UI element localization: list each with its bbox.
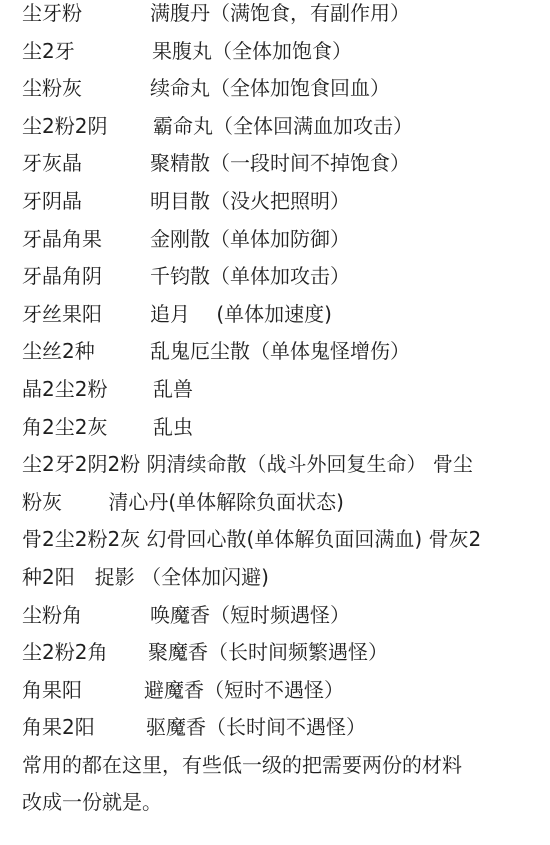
- recipe-line: 尘粉灰 续命丸（全体加饱食回血）: [22, 70, 532, 108]
- recipe-ingredients: 角果2阳: [22, 709, 95, 747]
- recipe-ingredients: 角果阳: [22, 672, 82, 710]
- recipe-ingredients: 牙晶角果: [22, 221, 102, 259]
- incense-recipe-line: 尘粉角 唤魔香（短时频遇怪）: [22, 597, 532, 635]
- recipe-result: 满腹丹（满饱食，有副作用）: [150, 0, 410, 33]
- incense-recipe-line: 角果阳 避魔香（短时不遇怪）: [22, 672, 532, 710]
- recipe-ingredients: 尘丝2种: [22, 333, 95, 371]
- recipe-result: 聚精散（一段时间不掉饱食）: [150, 145, 410, 183]
- recipe-line: 角2尘2灰 乱虫: [22, 409, 532, 447]
- recipe-ingredients: 尘粉角: [22, 597, 82, 635]
- recipe-result: 聚魔香（长时间频繁遇怪）: [148, 634, 388, 672]
- recipe-ingredients: 牙阴晶: [22, 183, 82, 221]
- recipe-result: 金刚散（单体加防御）: [150, 221, 350, 259]
- recipe-result: 唤魔香（短时频遇怪）: [150, 597, 350, 635]
- incense-recipe-line: 尘2粉2角 聚魔香（长时间频繁遇怪）: [22, 634, 532, 672]
- recipe-ingredients: 尘2粉2角: [22, 634, 107, 672]
- recipe-result: 明目散（没火把照明）: [150, 183, 350, 221]
- recipe-ingredients: 尘2粉2阴: [22, 108, 107, 146]
- wrapped-recipe-line: 尘2牙2阴2粉 阴清续命散（战斗外回复生命） 骨尘: [22, 446, 532, 484]
- recipe-result: 果腹丸（全体加饱食）: [152, 33, 352, 71]
- recipe-ingredients: 角2尘2灰: [22, 409, 107, 447]
- recipe-line: 牙丝果阳 追月 (单体加速度): [22, 296, 532, 334]
- recipe-ingredients: 晶2尘2粉: [22, 371, 107, 409]
- recipe-result: 乱兽: [153, 371, 193, 409]
- recipe-ingredients: 牙灰晶: [22, 145, 82, 183]
- recipe-document: 尘牙粉 满腹丹（满饱食，有副作用） 尘2牙 果腹丸（全体加饱食） 尘粉灰 续命丸…: [22, 0, 532, 822]
- recipe-line: 晶2尘2粉 乱兽: [22, 371, 532, 409]
- recipe-line: 尘2牙 果腹丸（全体加饱食）: [22, 33, 532, 71]
- footer-note-line: 常用的都在这里，有些低一级的把需要两份的材料: [22, 747, 532, 785]
- recipe-result: 乱鬼厄尘散（单体鬼怪增伤）: [150, 333, 410, 371]
- recipe-line: 牙晶角果 金刚散（单体加防御）: [22, 221, 532, 259]
- wrapped-recipe-line: 种2阳 捉影 （全体加闪避): [22, 559, 532, 597]
- incense-recipe-line: 角果2阳 驱魔香（长时间不遇怪）: [22, 709, 532, 747]
- recipe-result: 霸命丸（全体回满血加攻击）: [153, 108, 413, 146]
- recipe-result: 追月 (单体加速度): [150, 296, 332, 334]
- footer-note-line: 改成一份就是。: [22, 784, 532, 822]
- recipe-result: 千钧散（单体加攻击）: [150, 258, 350, 296]
- recipe-line: 尘牙粉 满腹丹（满饱食，有副作用）: [22, 0, 532, 33]
- recipe-line: 尘2粉2阴 霸命丸（全体回满血加攻击）: [22, 108, 532, 146]
- wrapped-recipe-line: 骨2尘2粉2灰 幻骨回心散(单体解负面回满血) 骨灰2: [22, 521, 532, 559]
- recipe-line: 牙阴晶 明目散（没火把照明）: [22, 183, 532, 221]
- recipe-ingredients: 牙晶角阴: [22, 258, 102, 296]
- recipe-ingredients: 牙丝果阳: [22, 296, 102, 334]
- recipe-result: 避魔香（短时不遇怪）: [144, 672, 344, 710]
- recipe-result: 驱魔香（长时间不遇怪）: [146, 709, 366, 747]
- wrapped-recipe-line: 粉灰 清心丹(单体解除负面状态): [22, 484, 532, 522]
- recipe-line: 尘丝2种 乱鬼厄尘散（单体鬼怪增伤）: [22, 333, 532, 371]
- recipe-line: 牙灰晶 聚精散（一段时间不掉饱食）: [22, 145, 532, 183]
- recipe-ingredients: 尘粉灰: [22, 70, 82, 108]
- recipe-ingredients: 尘牙粉: [22, 0, 82, 33]
- recipe-result: 续命丸（全体加饱食回血）: [150, 70, 390, 108]
- recipe-ingredients: 尘2牙: [22, 33, 75, 71]
- recipe-result: 乱虫: [153, 409, 193, 447]
- recipe-line: 牙晶角阴 千钧散（单体加攻击）: [22, 258, 532, 296]
